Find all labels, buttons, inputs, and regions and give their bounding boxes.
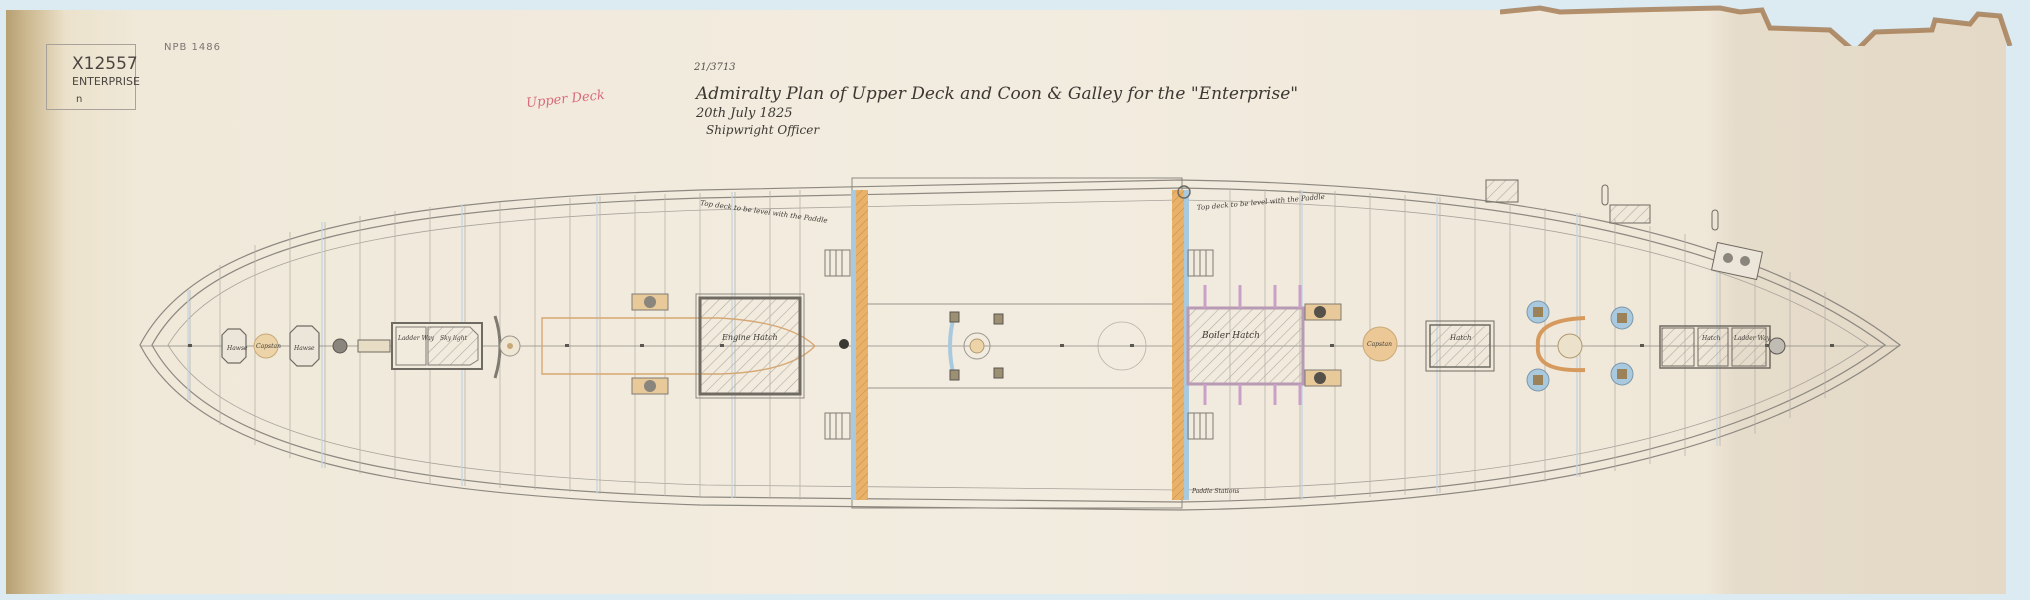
fore-hatches [1660, 326, 1770, 368]
upper-deck-plan: Hawse Capstan Hawse Ladder Way Sky light… [0, 0, 2030, 600]
bow-rail-arc [495, 316, 500, 378]
note-paddle-stations: Paddle Stations [1191, 488, 1239, 495]
ladder-way-box [392, 323, 482, 369]
paddle-beam-fore [856, 190, 868, 500]
after-hatch [1426, 321, 1494, 371]
cathead [1712, 243, 1763, 280]
label-capstan-fore: Capstan [256, 343, 281, 350]
paddle-beam-aft [1172, 190, 1184, 500]
bollard-1 [950, 312, 959, 322]
note-port-fore: Top deck to be level with the Paddle [700, 199, 828, 225]
chain-locker-1 [1486, 180, 1518, 202]
davit-2 [1712, 210, 1718, 230]
bowsprit-heel [1769, 338, 1785, 354]
engine-hatch [696, 294, 804, 398]
label-after-hatch: Hatch [1449, 334, 1472, 342]
label-capstan-aft: Capstan [1367, 341, 1392, 348]
label-engine-hatch: Engine Hatch [721, 333, 778, 342]
davit-1 [1602, 185, 1608, 205]
label-boiler-hatch: Boiler Hatch [1201, 331, 1260, 341]
note-port-aft: Top deck to be level with the Paddle [1196, 193, 1325, 212]
ladders [825, 250, 1213, 439]
windlass-barrel [358, 340, 390, 352]
bollard-2 [950, 370, 959, 380]
boiler-hatch [1188, 285, 1303, 405]
bollard-4 [994, 368, 1003, 378]
chain-locker-2 [1610, 205, 1650, 223]
label-hawse-right: Hawse [293, 345, 315, 352]
pump [839, 339, 849, 349]
paddle-box-region [851, 178, 1189, 508]
label-hawse-left: Hawse [226, 345, 248, 352]
bollard-3 [994, 314, 1003, 324]
label-fore-hatch: Hatch [1701, 335, 1721, 342]
label-sky-light: Sky light [440, 335, 468, 342]
label-ladder-way: Ladder Way [397, 335, 435, 342]
bitt-post [333, 339, 347, 353]
label-ladder-aft: Ladder Way [1733, 335, 1771, 342]
